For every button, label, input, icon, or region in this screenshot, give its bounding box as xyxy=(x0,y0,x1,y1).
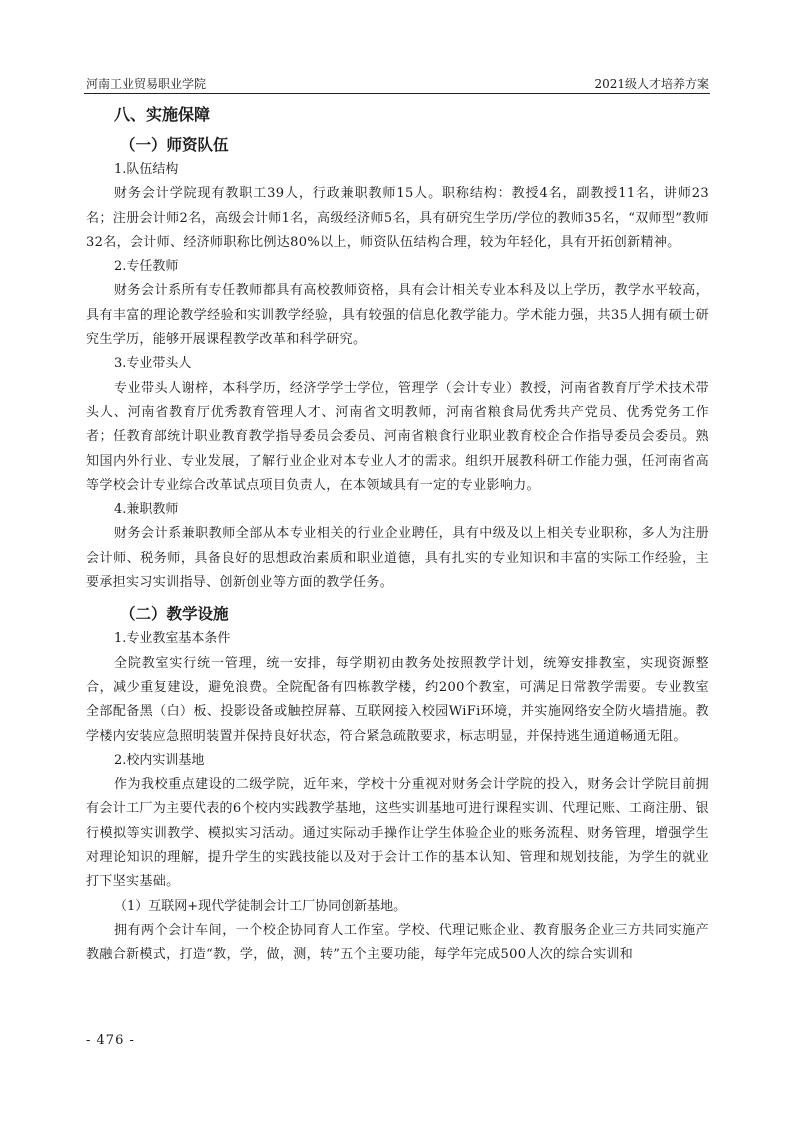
document-body: 八、实施保障 （一）师资队伍 1.队伍结构 财务会计学院现有教职工39人，行政兼… xyxy=(86,100,709,968)
subsection-title-faculty: （一）师资队伍 xyxy=(120,133,709,157)
subsection-title-facilities: （二）教学设施 xyxy=(120,602,709,626)
item-paragraph: 作为我校重点建设的二级学院，近年来，学校十分重视对财务会计学院的投入，财务会计学… xyxy=(86,773,709,894)
sub-item-heading: （1）互联网+现代学徒制会计工厂协同创新基地。 xyxy=(114,895,709,919)
item-paragraph: 财务会计系兼职教师全部从本专业相关的行业企业聘任，具有中级及以上相关专业职称，多… xyxy=(86,522,709,595)
item-paragraph: 财务会计系所有专任教师都具有高校教师资格，具有会计相关专业本科及以上学历，教学水… xyxy=(86,279,709,352)
item-heading: 1.队伍结构 xyxy=(114,158,709,182)
page-header: 河南工业贸易职业学院 2021级人才培养方案 xyxy=(86,75,709,93)
item-heading: 2.专任教师 xyxy=(114,255,709,279)
item-heading: 1.专业教室基本条件 xyxy=(114,627,709,651)
section-title: 八、实施保障 xyxy=(114,103,709,127)
page-number: - 476 - xyxy=(86,1032,135,1050)
header-institution: 河南工业贸易职业学院 xyxy=(86,75,206,93)
item-paragraph: 财务会计学院现有教职工39人，行政兼职教师15人。职称结构：教授4名，副教授11… xyxy=(86,182,709,255)
item-heading: 4.兼职教师 xyxy=(114,498,709,522)
item-paragraph: 全院教室实行统一管理，统一安排，每学期初由教务处按照教学计划，统筹安排教室，实现… xyxy=(86,652,709,749)
item-paragraph: 专业带头人谢梓，本科学历，经济学学士学位，管理学（会计专业）教授，河南省教育厅学… xyxy=(86,377,709,498)
item-heading: 2.校内实训基地 xyxy=(114,749,709,773)
header-divider xyxy=(84,93,710,94)
sub-item-paragraph: 拥有两个会计车间，一个校企协同育人工作室。学校、代理记账企业、教育服务企业三方共… xyxy=(86,919,709,968)
header-document-title: 2021级人才培养方案 xyxy=(594,75,709,93)
item-heading: 3.专业带头人 xyxy=(114,352,709,376)
